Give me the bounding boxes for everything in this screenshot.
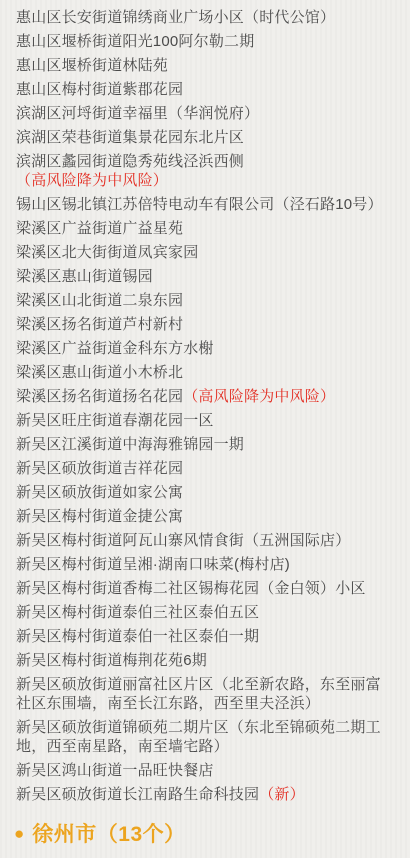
area-name: 新吴区旺庄街道春潮花园一区 — [16, 412, 214, 429]
list-item: 梁溪区扬名街道扬名花园（高风险降为中风险） — [16, 387, 392, 406]
area-name: 新吴区梅村街道泰伯一社区泰伯一期 — [16, 628, 259, 645]
area-name: 惠山区梅村街道紫郡花园 — [16, 81, 183, 98]
area-name: 滨湖区蠡园街道隐秀苑线泾浜西侧 — [16, 153, 244, 170]
area-name: 梁溪区惠山街道锡园 — [16, 268, 153, 285]
list-item: 梁溪区惠山街道小木桥北 — [16, 363, 392, 382]
area-name: 梁溪区北大街街道凤宾家园 — [16, 244, 198, 261]
area-name: 新吴区梅村街道泰伯三社区泰伯五区 — [16, 604, 259, 621]
area-name: 新吴区梅村街道梅荆花苑6期 — [16, 652, 207, 669]
list-item: 锡山区锡北镇江苏倍特电动车有限公司（泾石路10号） — [16, 195, 392, 214]
list-item: 新吴区梅村街道梅荆花苑6期 — [16, 651, 392, 670]
area-name: 新吴区硕放街道锦硕苑二期片区（东北至锦硕苑二期工地，西至南星路，南至墙宅路） — [16, 719, 381, 755]
list-item: 新吴区硕放街道如家公寓 — [16, 483, 392, 502]
list-item: 新吴区旺庄街道春潮花园一区 — [16, 411, 392, 430]
area-name: 梁溪区山北街道二泉东园 — [16, 292, 183, 309]
list-item: 新吴区硕放街道吉祥花园 — [16, 459, 392, 478]
list-item: 新吴区梅村街道金捷公寓 — [16, 507, 392, 526]
list-item: 梁溪区广益街道广益星苑 — [16, 219, 392, 238]
area-name: 新吴区硕放街道丽富社区片区（北至新农路，东至丽富社区东围墙，南至长江东路，西至里… — [16, 676, 381, 712]
risk-change-note: （高风险降为中风险） — [183, 388, 335, 405]
list-item: 新吴区硕放街道丽富社区片区（北至新农路，东至丽富社区东围墙，南至长江东路，西至里… — [16, 675, 392, 713]
area-name: 梁溪区惠山街道小木桥北 — [16, 364, 183, 381]
area-name: 梁溪区广益街道金科东方水榭 — [16, 340, 214, 357]
list-item: 新吴区梅村街道香梅二社区锡梅花园（金白领）小区 — [16, 579, 392, 598]
list-item: 新吴区硕放街道锦硕苑二期片区（东北至锦硕苑二期工地，西至南星路，南至墙宅路） — [16, 718, 392, 756]
area-name: 滨湖区河埒街道幸福里（华润悦府） — [16, 105, 259, 122]
risk-area-page: 惠山区长安街道锦绣商业广场小区（时代公馆）惠山区堰桥街道阳光100阿尔勒二期惠山… — [16, 8, 392, 848]
area-name: 惠山区长安街道锦绣商业广场小区（时代公馆） — [16, 9, 335, 26]
area-name: 梁溪区扬名街道芦村新村 — [16, 316, 183, 333]
list-item: 惠山区堰桥街道林陆苑 — [16, 56, 392, 75]
list-item: 新吴区梅村街道泰伯三社区泰伯五区 — [16, 603, 392, 622]
list-item: 梁溪区惠山街道锡园 — [16, 267, 392, 286]
list-item: 滨湖区荣巷街道集景花园东北片区 — [16, 128, 392, 147]
area-name: 新吴区鸿山街道一品旺快餐店 — [16, 762, 214, 779]
list-item: 惠山区堰桥街道阳光100阿尔勒二期 — [16, 32, 392, 51]
area-name: 惠山区堰桥街道阳光100阿尔勒二期 — [16, 33, 254, 50]
list-item: 新吴区江溪街道中海海雅锦园一期 — [16, 435, 392, 454]
area-name: 梁溪区扬名街道扬名花园 — [16, 388, 183, 405]
risk-change-note: （新） — [259, 786, 305, 803]
list-item: 新吴区硕放街道长江南路生命科技园（新） — [16, 785, 392, 804]
list-item: 新吴区梅村街道泰伯一社区泰伯一期 — [16, 627, 392, 646]
area-name: 新吴区硕放街道吉祥花园 — [16, 460, 183, 477]
area-name: 惠山区堰桥街道林陆苑 — [16, 57, 168, 74]
city-section-header: ● 徐州市（13个） — [14, 818, 392, 848]
area-name: 锡山区锡北镇江苏倍特电动车有限公司（泾石路10号） — [16, 196, 383, 213]
area-name: 梁溪区广益街道广益星苑 — [16, 220, 183, 237]
list-item: 惠山区长安街道锦绣商业广场小区（时代公馆） — [16, 8, 392, 27]
list-item: 梁溪区广益街道金科东方水榭 — [16, 339, 392, 358]
list-item: 梁溪区扬名街道芦村新村 — [16, 315, 392, 334]
list-item: 滨湖区河埒街道幸福里（华润悦府） — [16, 104, 392, 123]
risk-change-note: （高风险降为中风险） — [16, 172, 168, 189]
area-name: 新吴区硕放街道长江南路生命科技园 — [16, 786, 259, 803]
area-name: 新吴区江溪街道中海海雅锦园一期 — [16, 436, 244, 453]
area-name: 滨湖区荣巷街道集景花园东北片区 — [16, 129, 244, 146]
list-item: 新吴区梅村街道呈湘·湖南口味菜(梅村店) — [16, 555, 392, 574]
bullet-icon: ● — [14, 825, 24, 842]
area-name: 新吴区硕放街道如家公寓 — [16, 484, 183, 501]
area-name: 新吴区梅村街道阿瓦山寨风情食街（五洲国际店） — [16, 532, 350, 549]
area-name: 新吴区梅村街道香梅二社区锡梅花园（金白领）小区 — [16, 580, 366, 597]
list-item: 惠山区梅村街道紫郡花园 — [16, 80, 392, 99]
list-item: 新吴区梅村街道阿瓦山寨风情食街（五洲国际店） — [16, 531, 392, 550]
city-count-label: 徐州市（13个） — [32, 818, 185, 848]
list-item: 滨湖区蠡园街道隐秀苑线泾浜西侧（高风险降为中风险） — [16, 152, 392, 190]
area-name: 新吴区梅村街道呈湘·湖南口味菜(梅村店) — [16, 556, 290, 573]
list-item: 新吴区鸿山街道一品旺快餐店 — [16, 761, 392, 780]
list-item: 梁溪区山北街道二泉东园 — [16, 291, 392, 310]
area-name: 新吴区梅村街道金捷公寓 — [16, 508, 183, 525]
risk-area-list: 惠山区长安街道锦绣商业广场小区（时代公馆）惠山区堰桥街道阳光100阿尔勒二期惠山… — [16, 8, 392, 804]
list-item: 梁溪区北大街街道凤宾家园 — [16, 243, 392, 262]
